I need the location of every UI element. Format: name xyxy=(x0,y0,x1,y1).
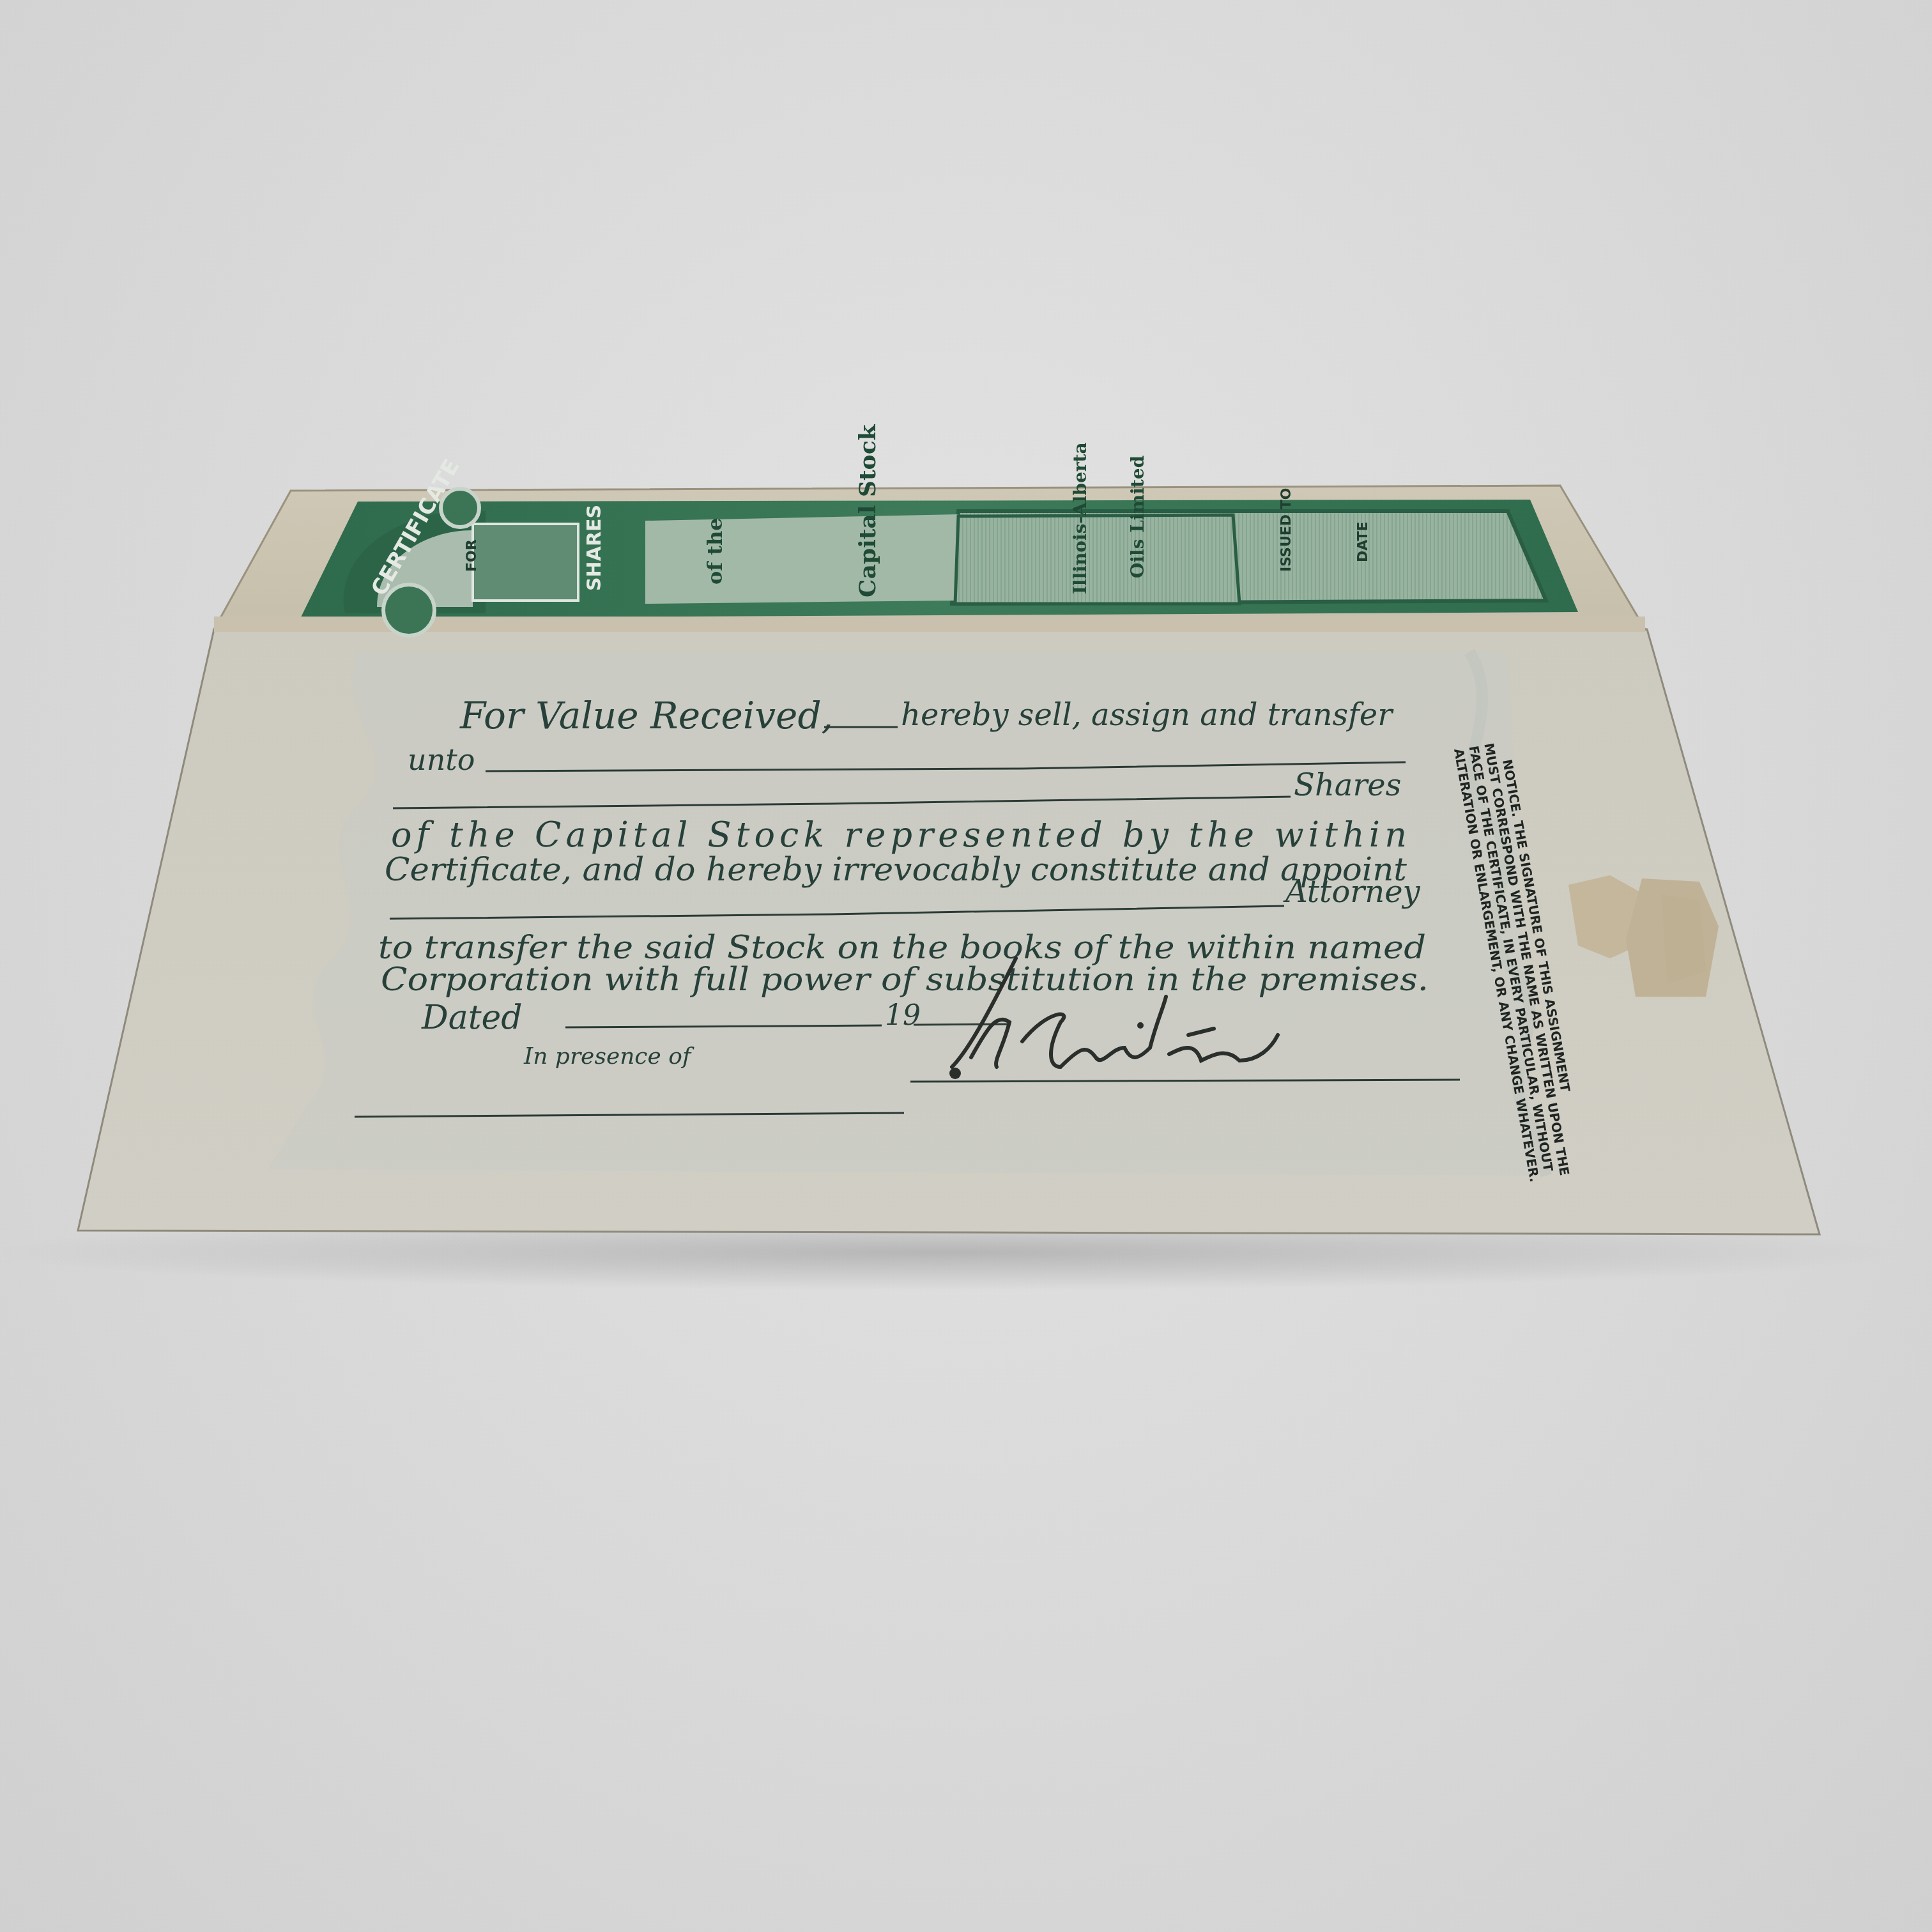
shares-label: Shares xyxy=(1294,767,1401,803)
substitution-line: Corporation with full power of substitut… xyxy=(381,961,1429,998)
svg-text:W. Wemler: W. Wemler xyxy=(997,1079,1000,1080)
cover-shares-label: SHARES xyxy=(583,505,606,591)
photo-stage: CERTIFICATE FOR SHARES of the Capital St… xyxy=(0,0,1932,1932)
cover-capital-stock: Capital Stock xyxy=(854,424,881,597)
cover-for-label: FOR xyxy=(464,539,480,572)
irrevocably-appoint-line: Certificate, and do hereby irrevocably c… xyxy=(385,851,1407,888)
cover-company-line2: Oils Limited xyxy=(1127,456,1148,578)
cover-company-line1: Illinois-Alberta xyxy=(1069,442,1091,594)
unto-label: unto xyxy=(408,742,475,777)
cover-issued-to-label: ISSUED TO xyxy=(1278,488,1294,572)
sell-assign-transfer: hereby sell, assign and transfer xyxy=(901,697,1394,733)
in-presence-of-label: In presence of xyxy=(523,1043,694,1069)
for-value-received: For Value Received, xyxy=(459,694,833,737)
year-prefix: 19 xyxy=(885,999,921,1032)
dated-label: Dated xyxy=(421,999,523,1037)
cover-of-the: of the xyxy=(703,517,727,585)
attorney-label: Attorney xyxy=(1283,874,1421,910)
cover-date-label: DATE xyxy=(1355,521,1371,562)
